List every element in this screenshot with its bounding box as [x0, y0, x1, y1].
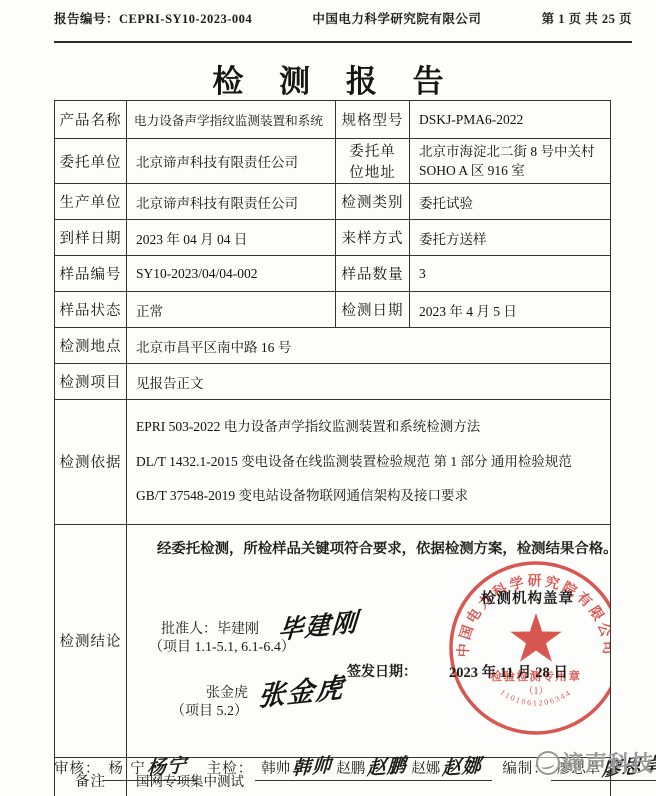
chief-name: 赵娜	[411, 757, 440, 778]
row-value: DSKJ-PMA6-2022	[410, 101, 611, 139]
row-label: 检测日期	[336, 292, 410, 328]
table-row: 到样日期 2023 年 04 月 04 日 来样方式 委托方送样	[55, 220, 611, 256]
row-value: SY10-2023/04/04-002	[127, 256, 336, 292]
approver-scope: （项目 1.1-5.1, 6.1-6.4）	[149, 639, 295, 657]
page-header: 报告编号：CEPRI-SY10-2023-004 中国电力科学研究院有限公司 第…	[54, 9, 632, 43]
approver-label: 批准人：	[149, 622, 217, 637]
report-page: 报告编号：CEPRI-SY10-2023-004 中国电力科学研究院有限公司 第…	[0, 0, 656, 796]
row-label: 检测类别	[336, 184, 410, 220]
basis-line: EPRI 503-2022 电力设备声学指纹监测装置和系统检测方法	[136, 418, 604, 437]
seal-inner-line2: （1）	[524, 685, 549, 697]
chief-signature: 韩帅	[292, 750, 333, 781]
row-label: 检测结论	[55, 524, 127, 757]
basis-line: DL/T 1432.1-2015 变电设备在线监测装置检验规范 第 1 部分 通…	[136, 453, 604, 472]
row-label: 生产单位	[55, 184, 127, 220]
row-label: 到样日期	[55, 220, 127, 256]
chief-name: 赵鹏	[336, 757, 365, 778]
official-seal-stamp: 中国电力科学研究院有限公司 检验检测专用章 （1） 1101061206344	[446, 558, 611, 738]
test-basis-cell: EPRI 503-2022 电力设备声学指纹监测装置和系统检测方法 DL/T 1…	[127, 400, 611, 525]
chief-signature: 赵娜	[442, 750, 483, 781]
report-number-label: 报告编号：	[54, 12, 119, 26]
chief-name: 韩帅	[261, 757, 290, 778]
basis-line: GB/T 37548-2019 变电站设备物联网通信架构及接口要求	[136, 487, 604, 506]
row-label: 样品数量	[336, 256, 410, 292]
report-title: 检 测 报 告	[0, 56, 656, 101]
table-row: 检测结论 经委托检测，所检样品关键项符合要求，依据检测方案，检测结果合格。 中国…	[55, 524, 611, 757]
approver-name: 毕建刚	[217, 622, 259, 637]
row-value: 委托方送样	[410, 220, 611, 256]
issue-date-label: 签发日期：	[347, 661, 417, 681]
row-label: 检测项目	[55, 364, 127, 400]
table-row: 产品名称 电力设备声学指纹监测装置和系统 规格型号 DSKJ-PMA6-2022	[55, 101, 611, 139]
row-label: 样品编号	[55, 256, 127, 292]
row-value: 正常	[127, 292, 336, 328]
row-label: 产品名称	[55, 101, 127, 139]
row-value: 2023 年 04 月 04 日	[127, 220, 336, 256]
approver-signature: 毕建刚	[277, 602, 360, 647]
issue-date-value: 2023 年 11 月 28 日	[449, 661, 568, 682]
report-number: 报告编号：CEPRI-SY10-2023-004	[54, 9, 252, 27]
row-value: 北京市昌平区南中路 16 号	[127, 328, 611, 364]
table-row: 生产单位 北京谛声科技有限责任公司 检测类别 委托试验	[55, 184, 611, 220]
row-value: 3	[410, 256, 611, 292]
second-approver-name: 张金虎	[162, 685, 248, 703]
row-label: 样品状态	[55, 292, 127, 328]
review-signature: 杨宁	[146, 750, 187, 781]
report-table: 产品名称 电力设备声学指纹监测装置和系统 规格型号 DSKJ-PMA6-2022…	[54, 100, 611, 796]
row-value: 见报告正文	[127, 364, 611, 400]
page-indicator: 第 1 页 共 25 页	[542, 9, 632, 27]
row-label: 委托单 位地址	[336, 139, 410, 184]
chief-signature: 赵鹏	[367, 750, 408, 781]
row-label: 来样方式	[336, 220, 410, 256]
row-label: 检测地点	[55, 328, 127, 364]
row-value: 委托试验	[410, 184, 611, 220]
table-row: 检测项目 见报告正文	[55, 364, 611, 400]
company-watermark: 谛声科技	[536, 747, 654, 778]
row-value: 北京市海淀北二街 8 号中关村 SOHO A 区 916 室	[410, 139, 611, 184]
table-row: 样品状态 正常 检测日期 2023 年 4 月 5 日	[55, 292, 611, 328]
report-number-value: CEPRI-SY10-2023-004	[119, 12, 252, 26]
chief-label: 主检：	[207, 757, 254, 778]
conclusion-statement: 经委托检测，所检样品关键项符合要求，依据检测方案，检测结果合格。	[157, 537, 607, 558]
row-value: 北京谛声科技有限责任公司	[127, 139, 336, 184]
conclusion-cell: 经委托检测，所检样品关键项符合要求，依据检测方案，检测结果合格。 中国电力科学研…	[127, 524, 611, 757]
table-row: 样品编号 SY10-2023/04/04-002 样品数量 3	[55, 256, 611, 292]
chief-sign-group: 韩帅 韩帅 赵鹏 赵鹏 赵娜 赵娜	[255, 752, 492, 781]
second-approver-block: 张金虎 （项目 5.2）	[162, 685, 248, 721]
table-row: 检测地点 北京市昌平区南中路 16 号	[55, 328, 611, 364]
row-label: 规格型号	[336, 101, 410, 139]
company-logo-icon	[536, 751, 560, 775]
row-value: 2023 年 4 月 5 日	[410, 292, 611, 328]
row-label: 检测依据	[55, 400, 127, 525]
second-approver-signature: 张金虎	[257, 665, 346, 714]
review-name: 杨 宁	[109, 757, 145, 778]
second-approver-scope: （项目 5.2）	[162, 703, 248, 721]
review-sign-group: 杨 宁 杨宁	[103, 752, 197, 781]
table-row: 检测依据 EPRI 503-2022 电力设备声学指纹监测装置和系统检测方法 D…	[55, 400, 611, 525]
organization-name: 中国电力科学研究院有限公司	[312, 9, 481, 27]
watermark-text: 谛声科技	[562, 747, 654, 778]
row-value: 电力设备声学指纹监测装置和系统	[127, 101, 336, 139]
star-icon	[510, 613, 561, 662]
approver-block: 批准人：毕建刚 （项目 1.1-5.1, 6.1-6.4）	[149, 621, 295, 657]
review-label: 审核：	[54, 757, 101, 778]
row-value: 北京谛声科技有限责任公司	[127, 184, 336, 220]
row-label: 委托单位	[55, 139, 127, 184]
stamp-caption: 检测机构盖章	[481, 587, 574, 608]
table-row: 委托单位 北京谛声科技有限责任公司 委托单 位地址 北京市海淀北二街 8 号中关…	[55, 139, 611, 184]
